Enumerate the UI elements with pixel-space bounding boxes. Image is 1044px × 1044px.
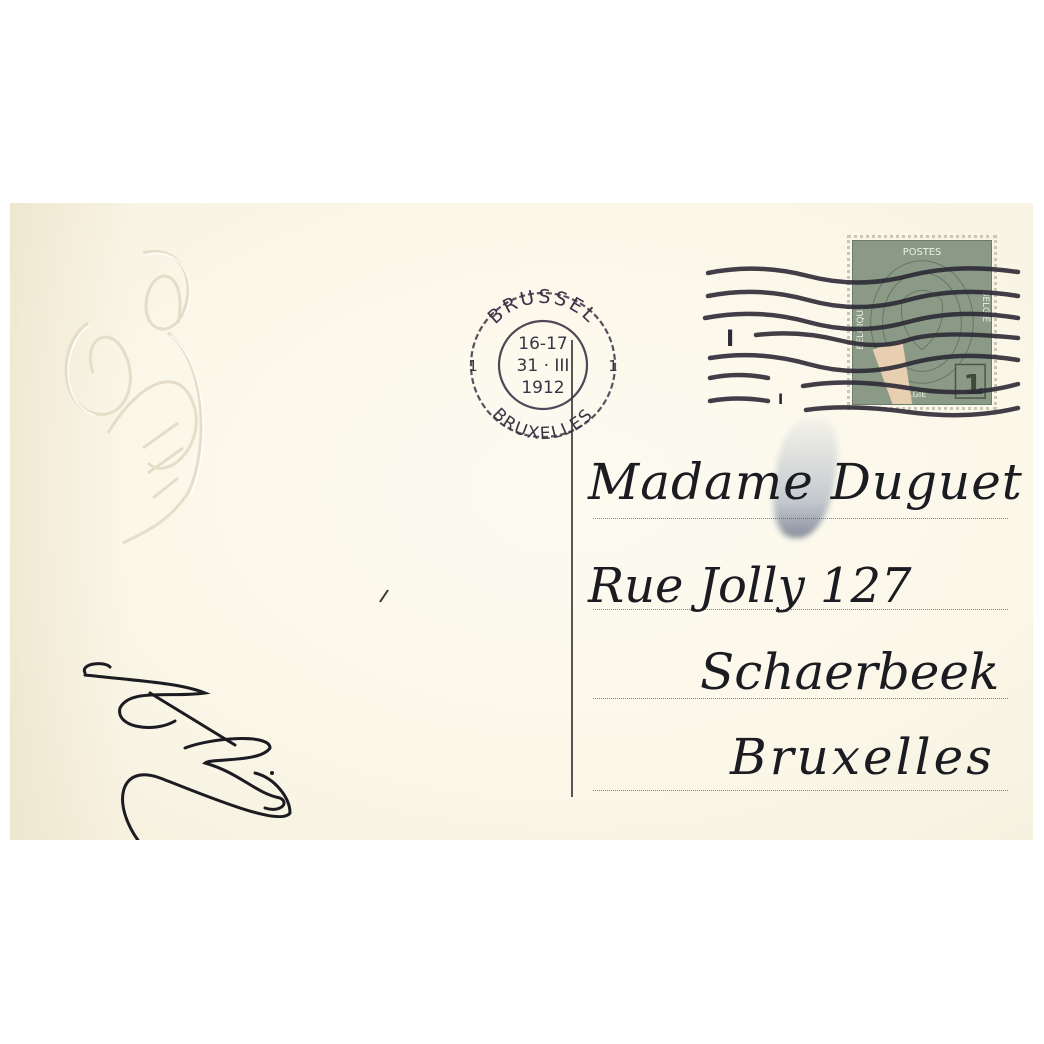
svg-text:I: I	[778, 392, 783, 408]
svg-text:1: 1	[608, 357, 618, 375]
postmark-stamp: BRUSSEL BRUXELLES 16-17 31 · III 1912 1 …	[453, 283, 633, 443]
svg-text:1912: 1912	[521, 378, 564, 398]
address-recipient: Madame Duguet	[588, 453, 1023, 511]
svg-text:1: 1	[468, 357, 478, 375]
address-guide-line-4	[593, 790, 1008, 791]
address-street: Rue Jolly 127	[588, 558, 912, 614]
svg-text:16-17: 16-17	[518, 334, 567, 354]
signature: Amélie	[80, 653, 320, 840]
pencil-tick-mark	[378, 588, 390, 604]
address-district: Schaerbeek	[700, 643, 999, 701]
address-guide-line-1	[593, 518, 1008, 519]
embossed-monogram-icon	[48, 233, 218, 553]
wavy-cancellation: I I	[678, 258, 1033, 418]
svg-text:BRUXELLES: BRUXELLES	[488, 404, 598, 443]
svg-text:POSTES: POSTES	[903, 247, 941, 258]
svg-text:31 · III: 31 · III	[517, 356, 570, 376]
address-divider-line	[571, 340, 573, 797]
address-city: Bruxelles	[730, 728, 995, 786]
postcard-back: BRUSSEL BRUXELLES 16-17 31 · III 1912 1 …	[10, 203, 1033, 840]
svg-text:I: I	[726, 327, 734, 352]
